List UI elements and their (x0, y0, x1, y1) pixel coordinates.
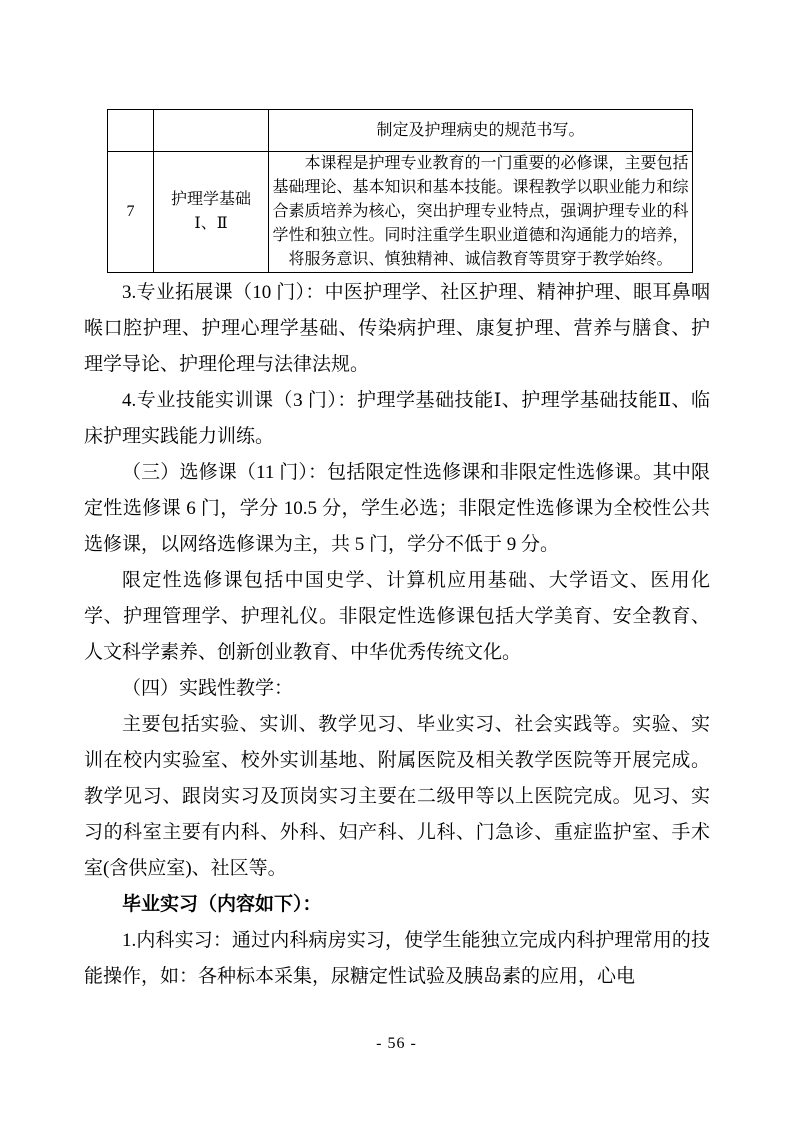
course-name-line1: 护理学基础 (154, 188, 268, 212)
course-name-cell: 护理学基础 Ⅰ、Ⅱ (154, 152, 269, 273)
para-skill-training-courses: 4.专业技能实训课（3 门）：护理学基础技能Ⅰ、护理学基础技能Ⅱ、临床护理实践能… (84, 383, 710, 455)
page-number: - 56 - (0, 1035, 793, 1053)
table-row: 制定及护理病史的规范书写。 (108, 110, 693, 152)
course-description-text: 制定及护理病史的规范书写。 (269, 119, 692, 143)
course-name-cell (154, 110, 269, 152)
heading-practical-teaching: （四）实践性教学： (84, 671, 710, 707)
para-elective-courses: （三）选修课（11 门）：包括限定性选修课和非限定性选修课。其中限定性选修课 6… (84, 455, 710, 563)
course-number-cell (108, 110, 154, 152)
table-row: 7 护理学基础 Ⅰ、Ⅱ 本课程是护理专业教育的一门重要的必修课，主要包括基础理论… (108, 152, 693, 273)
course-description-cell: 本课程是护理专业教育的一门重要的必修课，主要包括基础理论、基本知识和基本技能。课… (269, 152, 693, 273)
para-major-expansion-courses: 3.专业拓展课（10 门）：中医护理学、社区护理、精神护理、眼耳鼻咽喉口腔护理、… (84, 275, 710, 383)
para-internal-medicine-internship: 1.内科实习：通过内科病房实习，使学生能独立完成内科护理常用的技能操作，如：各种… (84, 923, 710, 995)
document-page: 制定及护理病史的规范书写。 7 护理学基础 Ⅰ、Ⅱ 本课程是护理专业教育的一门重… (0, 0, 793, 1122)
course-description-text: 本课程是护理专业教育的一门重要的必修课，主要包括基础理论、基本知识和基本技能。课… (269, 152, 692, 272)
para-practical-teaching-detail: 主要包括实验、实训、教学见习、毕业实习、社会实践等。实验、实训在校内实验室、校外… (84, 707, 710, 887)
course-description-cell: 制定及护理病史的规范书写。 (269, 110, 693, 152)
heading-graduation-internship: 毕业实习（内容如下）： (84, 887, 710, 923)
course-name-line2: Ⅰ、Ⅱ (154, 212, 268, 236)
course-table: 制定及护理病史的规范书写。 7 护理学基础 Ⅰ、Ⅱ 本课程是护理专业教育的一门重… (107, 109, 693, 273)
course-number-cell: 7 (108, 152, 154, 273)
page-content: 制定及护理病史的规范书写。 7 护理学基础 Ⅰ、Ⅱ 本课程是护理专业教育的一门重… (84, 109, 710, 995)
para-restricted-electives: 限定性选修课包括中国史学、计算机应用基础、大学语文、医用化学、护理管理学、护理礼… (84, 563, 710, 671)
